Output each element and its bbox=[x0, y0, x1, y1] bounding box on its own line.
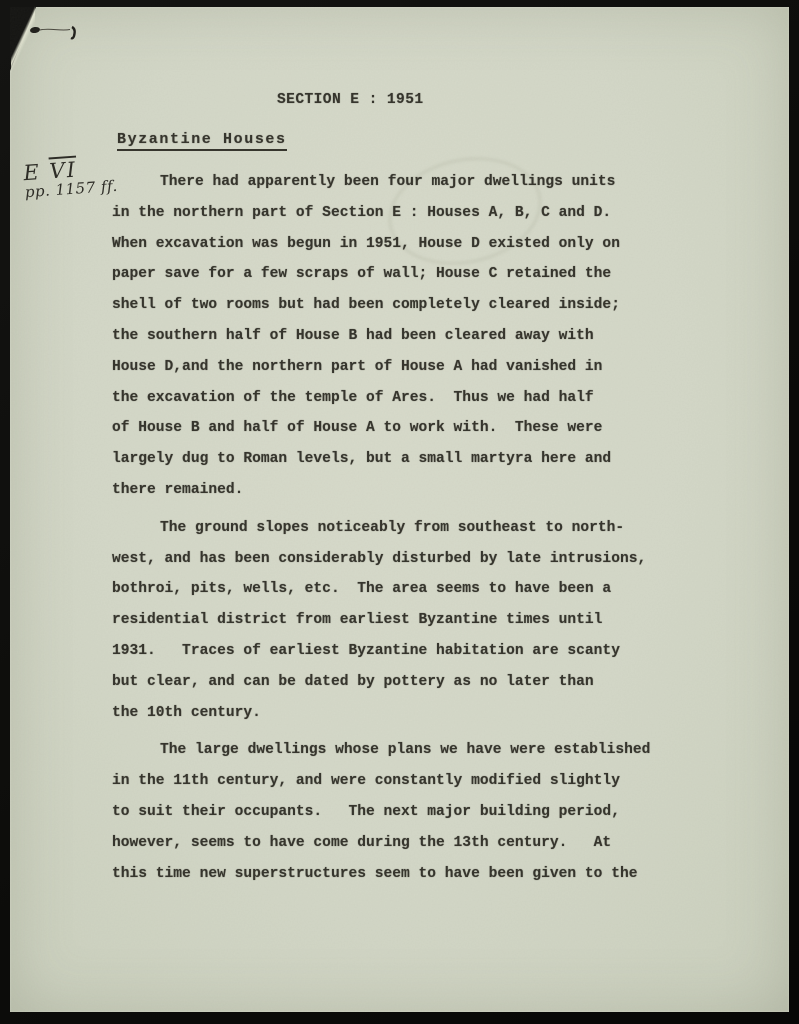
text-line: The ground slopes noticeably from southe… bbox=[112, 513, 692, 544]
paragraph: There had apparently been four major dwe… bbox=[112, 167, 692, 506]
text-line: When excavation was begun in 1951, House… bbox=[112, 229, 692, 260]
text-line: but clear, and can be dated by pottery a… bbox=[112, 667, 692, 698]
handwritten-marginalia: E VI pp. 1157 ff. bbox=[23, 155, 119, 201]
scan-background: SECTION E : 1951 Byzantine Houses E VI p… bbox=[0, 0, 799, 1024]
text-line: however, seems to have come during the 1… bbox=[112, 828, 692, 859]
paragraph: The ground slopes noticeably from southe… bbox=[112, 513, 692, 729]
typewritten-body: There had apparently been four major dwe… bbox=[112, 167, 692, 889]
page-title: SECTION E : 1951 bbox=[277, 92, 424, 108]
text-line: largely dug to Roman levels, but a small… bbox=[112, 444, 692, 475]
text-line: 1931. Traces of earliest Byzantine habit… bbox=[112, 636, 692, 667]
pen-flick-mark bbox=[28, 22, 84, 42]
text-line: bothroi, pits, wells, etc. The area seem… bbox=[112, 574, 692, 605]
text-line: in the 11th century, and were constantly… bbox=[112, 766, 692, 797]
text-line: there remained. bbox=[112, 475, 692, 506]
paragraph: The large dwellings whose plans we have … bbox=[112, 735, 692, 889]
section-heading: Byzantine Houses bbox=[117, 131, 287, 151]
text-line: There had apparently been four major dwe… bbox=[112, 167, 692, 198]
text-line: paper save for a few scraps of wall; Hou… bbox=[112, 259, 692, 290]
text-line: residential district from earliest Byzan… bbox=[112, 605, 692, 636]
text-line: the southern half of House B had been cl… bbox=[112, 321, 692, 352]
text-line: west, and has been considerably disturbe… bbox=[112, 544, 692, 575]
text-line: shell of two rooms but had been complete… bbox=[112, 290, 692, 321]
text-line: this time new superstructures seem to ha… bbox=[112, 859, 692, 890]
text-line: to suit their occupants. The next major … bbox=[112, 797, 692, 828]
text-line: of House B and half of House A to work w… bbox=[112, 413, 692, 444]
text-line: the 10th century. bbox=[112, 698, 692, 729]
text-line: the excavation of the temple of Ares. Th… bbox=[112, 383, 692, 414]
text-line: House D,and the northern part of House A… bbox=[112, 352, 692, 383]
text-line: The large dwellings whose plans we have … bbox=[112, 735, 692, 766]
text-line: in the northern part of Section E : Hous… bbox=[112, 198, 692, 229]
